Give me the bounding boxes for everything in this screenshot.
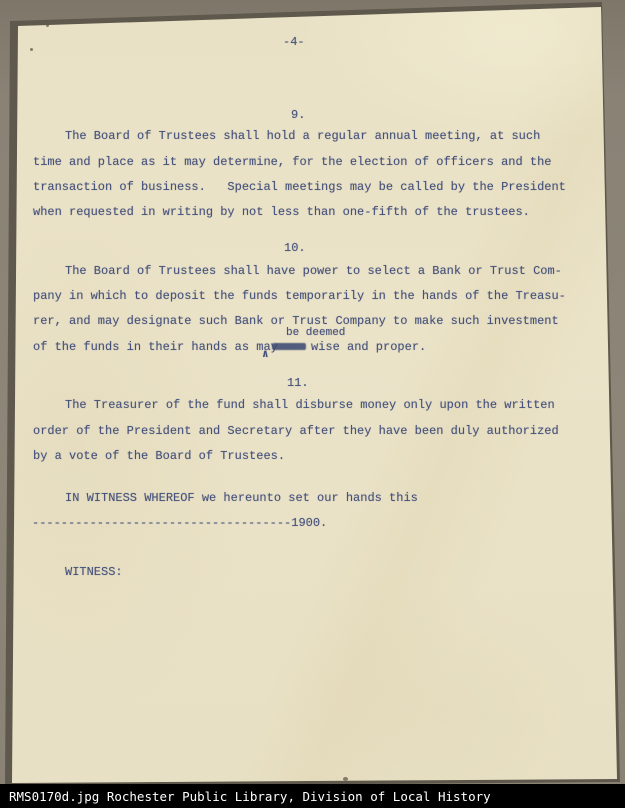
text-line-amendment-tail: wise and proper. (311, 339, 426, 355)
witness-label: WITNESS: (65, 564, 123, 580)
text-line: The Treasurer of the fund shall disburse… (65, 397, 555, 413)
text-line: time and place as it may determine, for … (33, 154, 551, 170)
section-heading-10: 10. (284, 240, 306, 256)
text-line: when requested in writing by not less th… (33, 204, 530, 220)
date-fill-line: ------------------------------------1900… (32, 515, 327, 531)
struck-out-word-smudge (272, 343, 306, 350)
scanned-document-viewer: -4- 9. The Board of Trustees shall hold … (0, 0, 625, 808)
text-line: The Board of Trustees shall have power t… (65, 263, 562, 279)
witness-whereof-line: IN WITNESS WHEREOF we hereunto set our h… (65, 490, 418, 506)
caption-text: RMS0170d.jpg Rochester Public Library, D… (0, 789, 491, 804)
page-number: -4- (283, 34, 305, 50)
paper-speck (343, 777, 348, 781)
section-heading-11: 11. (287, 375, 309, 391)
text-line: The Board of Trustees shall hold a regul… (65, 128, 540, 144)
section-heading-9: 9. (291, 107, 305, 123)
text-line: transaction of business. Special meeting… (33, 179, 566, 195)
text-line: pany in which to deposit the funds tempo… (33, 288, 566, 304)
paper-speck (30, 48, 33, 51)
text-line-with-amendment: of the funds in their hands as may (33, 339, 278, 355)
text-line: by a vote of the Board of Trustees. (33, 448, 285, 464)
document-page: -4- 9. The Board of Trustees shall hold … (0, 0, 625, 808)
insertion-caret: ∧ (262, 347, 269, 363)
text-line: order of the President and Secretary aft… (33, 423, 559, 439)
caption-bar: RMS0170d.jpg Rochester Public Library, D… (0, 784, 625, 808)
